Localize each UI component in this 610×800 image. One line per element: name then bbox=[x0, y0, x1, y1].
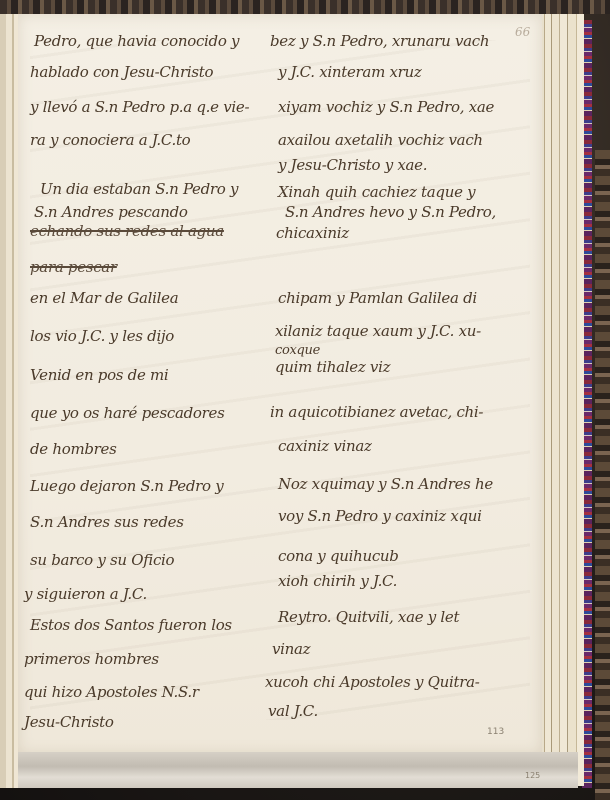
manuscript-line: coxque bbox=[275, 343, 320, 358]
manuscript-line: y llevó a S.n Pedro p.a q.e vie- bbox=[30, 98, 249, 116]
manuscript-line: in aquicotibianez avetac, chi- bbox=[270, 403, 483, 421]
manuscript-line: quim tihalez viz bbox=[275, 358, 390, 376]
manuscript-line: de hombres bbox=[30, 440, 117, 458]
manuscript-line: S.n Andres pescando bbox=[34, 203, 188, 221]
manuscript-line: y J.C. xinteram xruz bbox=[278, 63, 421, 81]
manuscript-line: val J.C. bbox=[268, 702, 318, 720]
manuscript-line: cona y quihucub bbox=[278, 547, 399, 565]
manuscript-line: xilaniz taque xaum y J.C. xu- bbox=[275, 322, 481, 340]
manuscript-line: su barco y su Oficio bbox=[30, 551, 174, 569]
manuscript-line: y Jesu-Christo y xae. bbox=[278, 156, 427, 174]
manuscript-line: Estos dos Santos fueron los bbox=[30, 616, 232, 634]
manuscript-line: S.n Andres sus redes bbox=[30, 513, 184, 531]
manuscript-line: xiyam vochiz y S.n Pedro, xae bbox=[278, 98, 494, 116]
manuscript-line: Pedro, que havia conocido y bbox=[34, 32, 239, 50]
page-stack-edge bbox=[540, 14, 584, 786]
manuscript-line: Venid en pos de mi bbox=[30, 366, 168, 384]
manuscript-line: chicaxiniz bbox=[276, 224, 349, 242]
manuscript-line: echando sus redes al agua bbox=[30, 222, 224, 240]
manuscript-line: para pescar bbox=[30, 258, 117, 276]
manuscript-line: Un dia estaban S.n Pedro y bbox=[40, 180, 238, 198]
page-number: 66 bbox=[515, 25, 530, 39]
manuscript-photo: 66 113 125 Pedro, que havia conocido yha… bbox=[0, 0, 610, 800]
manuscript-line: Luego dejaron S.n Pedro y bbox=[30, 477, 223, 495]
manuscript-line: xucoh chi Apostoles y Quitra- bbox=[265, 673, 479, 691]
manuscript-line: bez y S.n Pedro, xrunaru vach bbox=[270, 32, 489, 50]
folio-number: 113 bbox=[487, 727, 504, 737]
manuscript-line: Jesu-Christo bbox=[24, 713, 114, 731]
manuscript-line: en el Mar de Galilea bbox=[30, 289, 178, 307]
archive-number: 125 bbox=[525, 771, 540, 780]
manuscript-line: hablado con Jesu-Christo bbox=[30, 63, 213, 81]
manuscript-line: voy S.n Pedro y caxiniz xqui bbox=[278, 507, 482, 525]
manuscript-line: y siguieron a J.C. bbox=[24, 585, 147, 603]
manuscript-line: los vio J.C. y les dijo bbox=[30, 327, 174, 345]
manuscript-line: xioh chirih y J.C. bbox=[278, 572, 397, 590]
manuscript-line: ra y conociera a J.C.to bbox=[30, 131, 190, 149]
manuscript-line: chipam y Pamlan Galilea di bbox=[278, 289, 477, 307]
manuscript-line: Xinah quih cachiez taque y bbox=[278, 183, 475, 201]
manuscript-line: Reytro. Quitvili, xae y let bbox=[278, 608, 459, 626]
manuscript-line: caxiniz vinaz bbox=[278, 437, 372, 455]
manuscript-line: primeros hombres bbox=[24, 650, 159, 668]
manuscript-line: que yo os haré pescadores bbox=[30, 404, 225, 422]
manuscript-line: S.n Andres hevo y S.n Pedro, bbox=[285, 203, 496, 221]
manuscript-line: vinaz bbox=[272, 640, 310, 658]
book-cover-right bbox=[595, 150, 610, 800]
manuscript-line: Noz xquimay y S.n Andres he bbox=[278, 475, 493, 493]
book-cover-top bbox=[0, 0, 610, 14]
left-binding bbox=[0, 14, 18, 788]
manuscript-line: qui hizo Apostoles N.S.r bbox=[24, 683, 199, 701]
page-bottom-fold bbox=[18, 752, 578, 788]
manuscript-line: axailou axetalih vochiz vach bbox=[278, 131, 483, 149]
